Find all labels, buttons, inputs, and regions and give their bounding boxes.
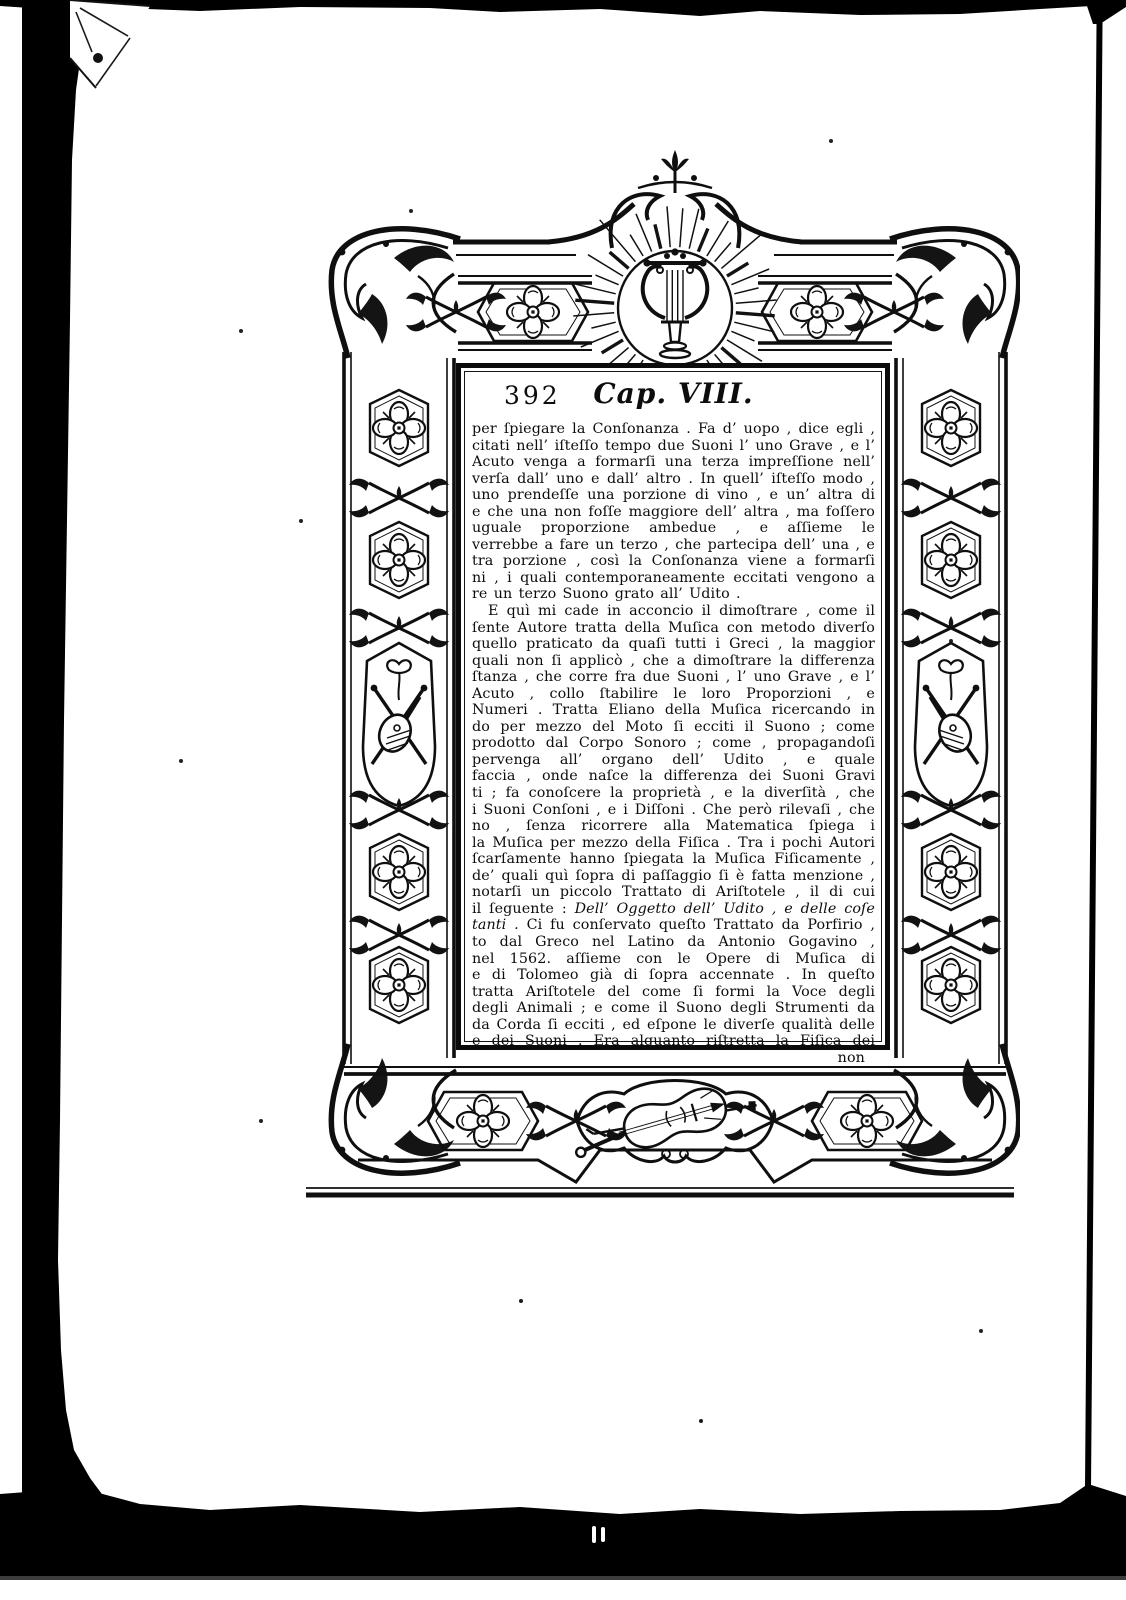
text-line: nel 1562. aſſieme con le Opere di Muſica… xyxy=(472,951,875,968)
text-line: ſcarſamente hanno ſpiegata la Muſica Fiſ… xyxy=(472,851,875,868)
text-segment: ſtanza , che corre fra due Suoni , l’ un… xyxy=(472,669,875,686)
text-line: de’ quali quì ſopra di paſſaggio ſi è fa… xyxy=(472,868,875,885)
text-segment: faccia , onde naſce la differenza dei Su… xyxy=(472,768,875,785)
text-segment: e di Tolomeo già di ſopra accennate . In… xyxy=(472,967,875,984)
text-segment: e che una non foſſe maggiore dell’ altra… xyxy=(472,504,875,521)
sun-ray xyxy=(736,300,777,303)
sun-ray xyxy=(591,322,615,328)
film-registration-mark-icon xyxy=(592,1526,596,1543)
text-line: prodotto dal Corpo Sonoro ; come , propa… xyxy=(472,735,875,752)
text-segment: Acuto , collo ſtabilire le loro Proporzi… xyxy=(472,686,875,703)
sun-ray xyxy=(636,214,652,252)
rosette-icon xyxy=(791,286,843,338)
text-line: ni , i quali contemporaneamente eccitati… xyxy=(472,570,875,587)
sun-ray xyxy=(715,243,731,262)
text-line: tra porzione , così la Conſonanza viene … xyxy=(472,553,875,570)
text-line: Numeri . Tratta Eliano della Muſica rice… xyxy=(472,702,875,719)
text-segment: per ſpiegare la Conſonanza . Fa d’ uopo … xyxy=(472,421,875,438)
film-edge-bottom xyxy=(0,1484,1126,1576)
text-line: uno prendeſſe una porzione di vino , e u… xyxy=(472,487,875,504)
sun-ray xyxy=(731,331,754,341)
text-line: da Corda ſi ecciti , ed eſpone le diverſ… xyxy=(472,1017,875,1034)
text-segment: E quì mi cade in acconcio il dimoſtrare … xyxy=(472,603,875,620)
sun-ray xyxy=(727,263,748,276)
text-segment: to dal Greco nel Latino da Antonio Gogav… xyxy=(472,934,875,951)
text-segment: quali non ſi applicò , che a dimoſtrare … xyxy=(472,653,875,670)
text-panel-inner-rule: 392 Cap. VIII. per ſpiegare la Conſonanz… xyxy=(464,371,882,1042)
text-segment: da Corda ſi ecciti , ed eſpone le diverſ… xyxy=(472,1017,875,1034)
sun-ray xyxy=(602,340,623,353)
sun-ray xyxy=(689,209,699,249)
text-segment: verrebbe a fare un terzo , che partecipa… xyxy=(472,537,875,554)
text-line: ſente Autore tratta della Muſica con met… xyxy=(472,620,875,637)
text-line: quali non ſi applicò , che a dimoſtrare … xyxy=(472,653,875,670)
text-line: do per mezzo del Moto ſi ecciti il Suono… xyxy=(472,719,875,736)
text-segment: il ſeguente : xyxy=(472,901,575,917)
text-segment: nel 1562. aſſieme con le Opere di Muſica… xyxy=(472,951,875,968)
sun-ray xyxy=(655,224,661,248)
text-segment: ti ; fa conoſcere la proprietà , e la di… xyxy=(472,785,875,802)
sun-ray xyxy=(576,284,616,294)
text-segment: ni , i quali contemporaneamente eccitati… xyxy=(472,570,875,587)
text-line: verrebbe a fare un terzo , che partecipa… xyxy=(472,537,875,554)
side-panel-left xyxy=(344,352,454,1064)
text-segment: Acuto venga a formarſi una terza impreſſ… xyxy=(472,454,875,471)
text-line: ſtanza , che corre fra due Suoni , l’ un… xyxy=(472,669,875,686)
corner-scroll-top-right xyxy=(890,229,1019,358)
text-line: i Suoni Conſoni , e i Diſſoni . Che però… xyxy=(472,802,875,819)
sun-ray xyxy=(596,275,619,285)
text-line: E quì mi cade in acconcio il dimoſtrare … xyxy=(472,603,875,620)
text-line: degli Animali ; e come il Suono degli St… xyxy=(472,1000,875,1017)
text-segment: verſa dall’ uno e dall’ altro . In quell… xyxy=(472,471,875,488)
rosette-icon xyxy=(507,286,559,338)
text-segment: tratta Ariſtotele del come ſi formi la V… xyxy=(472,984,875,1001)
text-segment: notarſi un piccolo Trattato di Ariſtotel… xyxy=(472,884,875,901)
text-segment: ſcarſamente hanno ſpiegata la Muſica Fiſ… xyxy=(472,851,875,868)
dogear-crease-icon xyxy=(52,0,182,105)
sun-ray xyxy=(736,313,775,316)
text-segment: Numeri . Tratta Eliano della Muſica rice… xyxy=(472,702,875,719)
text-line: notarſi un piccolo Trattato di Ariſtotel… xyxy=(472,884,875,901)
text-segment: do per mezzo del Moto ſi ecciti il Suono… xyxy=(472,719,875,736)
text-segment: Ci fu conſervato queſto Trattato da Porf… xyxy=(472,917,875,934)
text-panel: 392 Cap. VIII. per ſpiegare la Conſonanz… xyxy=(456,363,890,1050)
text-segment: la Muſica per mezzo della Fiſica . Tra i… xyxy=(472,835,875,852)
text-segment: re un terzo Suono grato all’ Udito . xyxy=(472,586,741,602)
page-edge-right xyxy=(1085,6,1103,1488)
sun-ray xyxy=(667,206,670,247)
sun-ray xyxy=(721,233,763,269)
text-line: e dei Suoni . Era alquanto riſtretta la … xyxy=(472,1033,875,1050)
film-edge-left xyxy=(0,0,110,1505)
text-segment: e dei Suoni . Era alquanto riſtretta la … xyxy=(472,1033,875,1050)
acanthus-crest-fleuron-icon xyxy=(453,150,897,255)
sun-ray xyxy=(630,235,643,256)
text-segment: pervenga all’ organo dell’ Udito , e qua… xyxy=(472,752,875,769)
text-line: il ſeguente : Dell’ Oggetto dell’ Udito … xyxy=(472,901,875,918)
rosette-icon xyxy=(841,1095,893,1147)
body-text: per ſpiegare la Conſonanza . Fa d’ uopo … xyxy=(472,421,875,1050)
treatise-title-italic: tanti . xyxy=(472,917,527,933)
rosette-icon xyxy=(457,1095,509,1147)
sun-ray xyxy=(721,348,740,364)
text-segment: prodotto dal Corpo Sonoro ; come , propa… xyxy=(472,735,875,752)
text-line: re un terzo Suono grato all’ Udito . xyxy=(472,586,875,603)
violin-and-bow-icon xyxy=(565,1061,764,1178)
text-line: uguale proporzione ambedue , e aſſieme l… xyxy=(472,520,875,537)
text-segment: quello praticato da quaſi tutti i Greci … xyxy=(472,636,875,653)
text-line: e che una non foſſe maggiore dell’ altra… xyxy=(472,504,875,521)
text-segment: ſente Autore tratta della Muſica con met… xyxy=(472,620,875,637)
text-line: faccia , onde naſce la differenza dei Su… xyxy=(472,768,875,785)
sun-ray xyxy=(734,288,758,294)
text-line: verſa dall’ uno e dall’ altro . In quell… xyxy=(472,471,875,488)
text-segment: citati nell’ iſteſſo tempo due Suoni l’ … xyxy=(472,438,875,455)
text-line: Acuto venga a formarſi una terza impreſſ… xyxy=(472,454,875,471)
text-line: tratta Ariſtotele del come ſi formi la V… xyxy=(472,984,875,1001)
film-edge-bottom-line xyxy=(0,1576,1126,1580)
lyre-medallion-icon xyxy=(618,248,732,365)
text-segment: de’ quali quì ſopra di paſſaggio ſi è fa… xyxy=(472,868,875,885)
text-line: pervenga all’ organo dell’ Udito , e qua… xyxy=(472,752,875,769)
text-segment: uno prendeſſe una porzione di vino , e u… xyxy=(472,487,875,504)
foliage-knot-icon xyxy=(406,293,506,332)
page-edge-right-top xyxy=(1085,0,1126,24)
text-line: quello praticato da quaſi tutti i Greci … xyxy=(472,636,875,653)
text-line: per ſpiegare la Conſonanza . Fa d’ uopo … xyxy=(472,421,875,438)
text-line: ti ; fa conoſcere la proprietà , e la di… xyxy=(472,785,875,802)
sun-ray xyxy=(610,252,629,268)
catchword: non xyxy=(472,1050,875,1067)
text-segment: tra porzione , così la Conſonanza viene … xyxy=(472,553,875,570)
sun-ray xyxy=(680,208,683,247)
text-line: e di Tolomeo già di ſopra accennate . In… xyxy=(472,967,875,984)
chapter-heading: Cap. VIII. xyxy=(472,377,875,410)
side-panel-right xyxy=(896,352,1006,1064)
sun-ray xyxy=(698,229,708,252)
text-line: tanti . Ci fu conſervato queſto Trattato… xyxy=(472,917,875,934)
text-segment: i Suoni Conſoni , e i Diſſoni . Che però… xyxy=(472,802,875,819)
text-segment: degli Animali ; e come il Suono degli St… xyxy=(472,1000,875,1017)
text-line: la Muſica per mezzo della Fiſica . Tra i… xyxy=(472,835,875,852)
page-header: 392 Cap. VIII. xyxy=(472,377,875,417)
text-line: citati nell’ iſteſſo tempo due Suoni l’ … xyxy=(472,438,875,455)
text-line: Acuto , collo ſtabilire le loro Proporzi… xyxy=(472,686,875,703)
scanned-book-page: 392 Cap. VIII. per ſpiegare la Conſonanz… xyxy=(0,0,1126,1600)
corner-scroll-top-left xyxy=(331,229,460,358)
text-segment: no , ſenza ricorrere alla Matematica ſpi… xyxy=(472,818,875,835)
text-line: no , ſenza ricorrere alla Matematica ſpi… xyxy=(472,818,875,835)
sun-ray xyxy=(707,221,728,256)
film-registration-mark-icon xyxy=(601,1527,605,1542)
foliage-knot-icon xyxy=(844,293,944,332)
text-line: to dal Greco nel Latino da Antonio Gogav… xyxy=(472,934,875,951)
text-segment: uguale proporzione ambedue , e aſſieme l… xyxy=(472,520,875,537)
